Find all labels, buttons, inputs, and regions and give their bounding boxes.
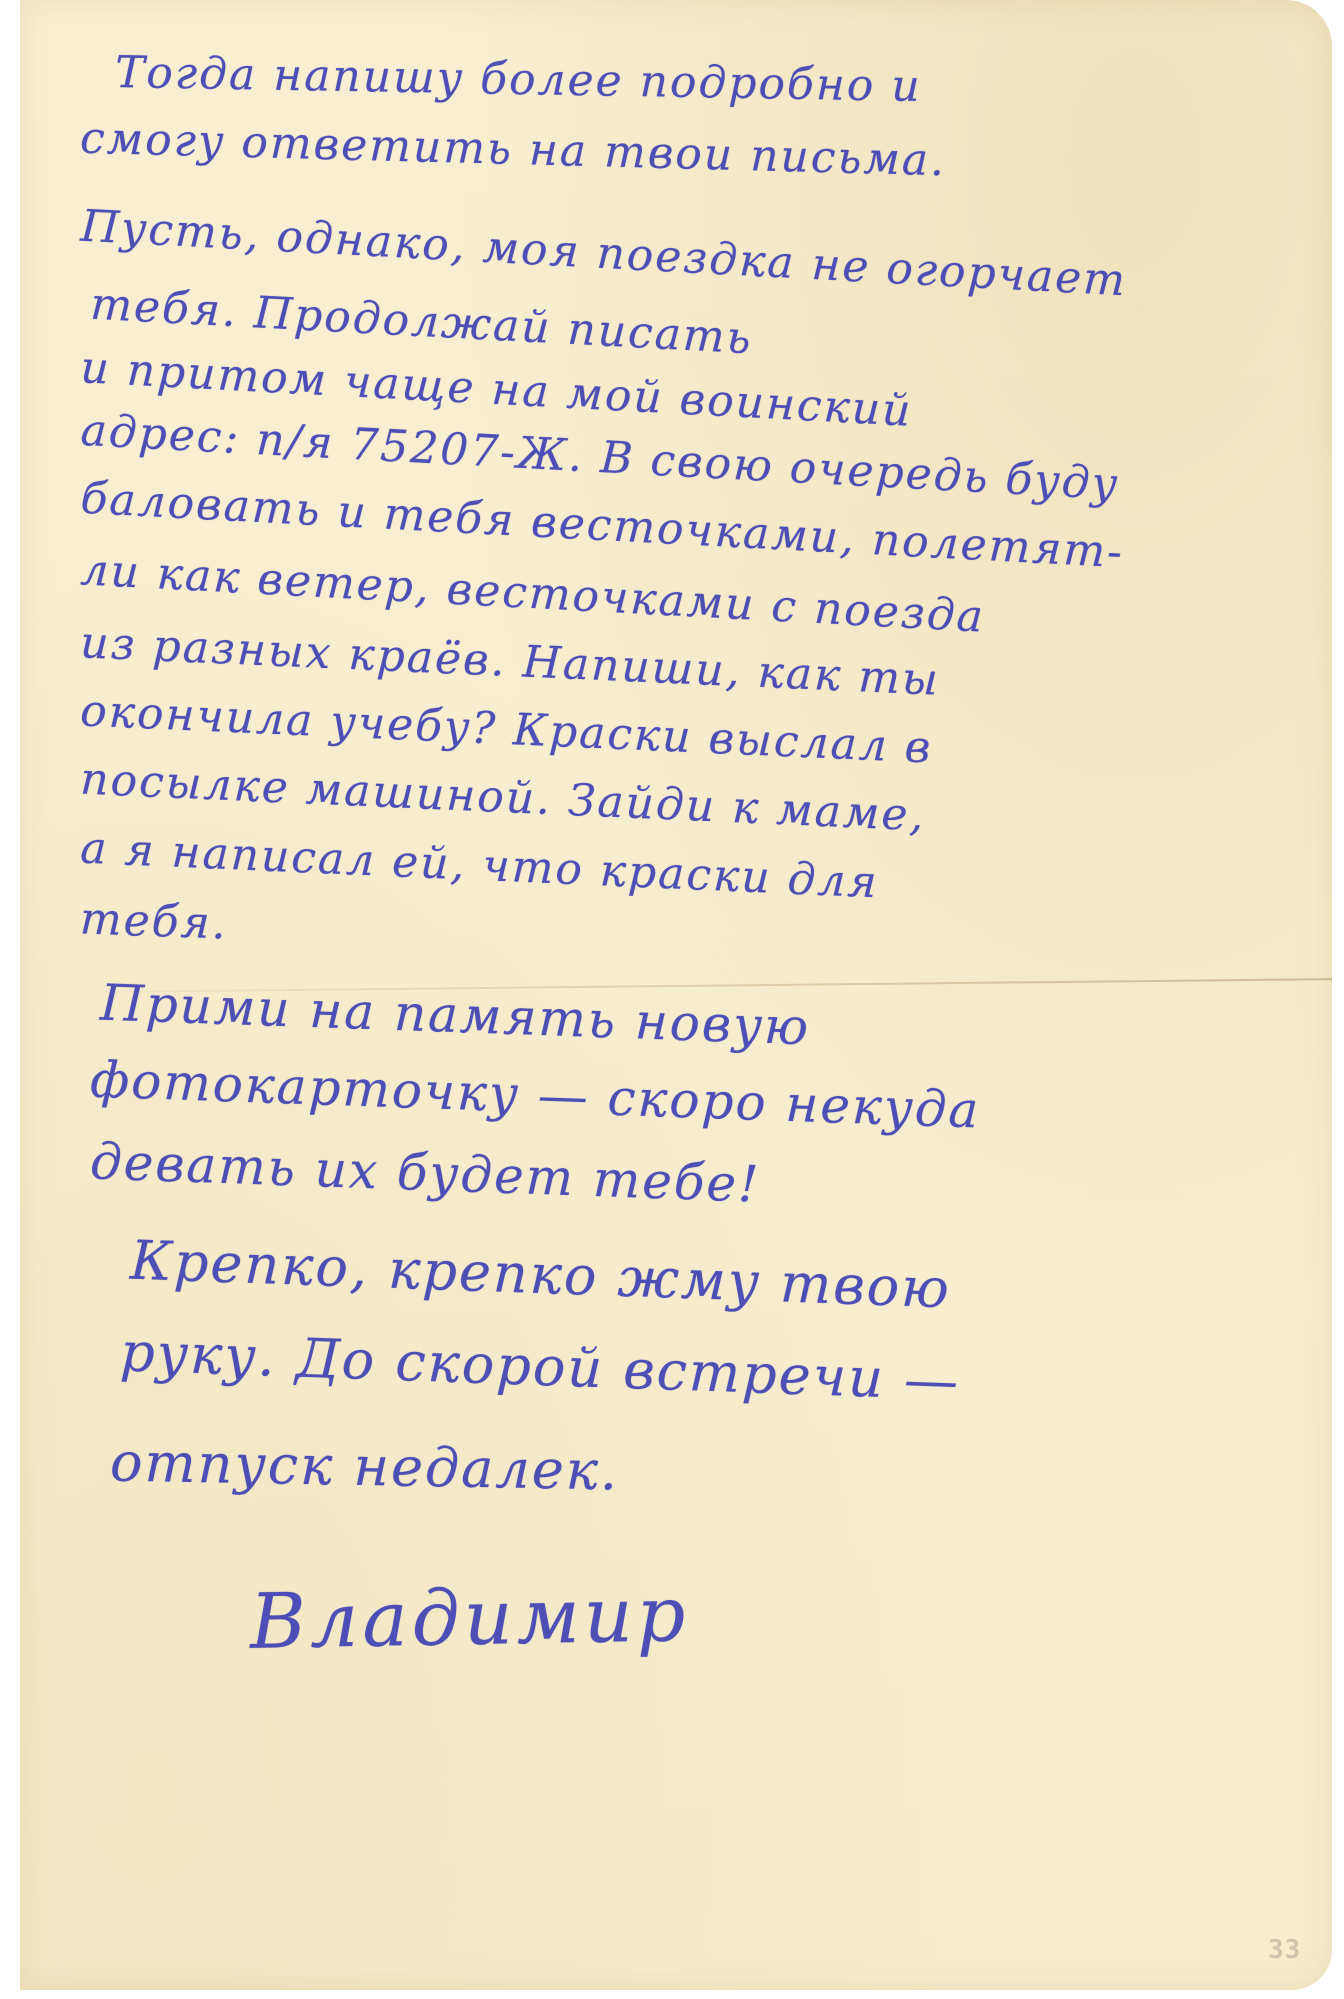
signature: Владимир bbox=[249, 1576, 690, 1660]
letter-line: руку. До скорой встречи — bbox=[119, 1325, 961, 1408]
letter-line: а я написал ей, что краски для bbox=[79, 827, 879, 906]
letter-line: Тогда напишу более подробно и bbox=[115, 51, 922, 109]
letter-page: Тогда напишу более подробно и смогу отве… bbox=[20, 0, 1332, 1990]
letter-line: тебя. bbox=[79, 897, 228, 946]
letter-line: Прими на память новую bbox=[99, 978, 811, 1053]
letter-line: смогу ответить на твои письма. bbox=[80, 117, 947, 184]
archive-page-number: 33 bbox=[1268, 1935, 1301, 1965]
letter-line: девать их будет тебе! bbox=[89, 1136, 761, 1209]
letter-line: Крепко, крепко жму твою bbox=[129, 1234, 951, 1317]
letter-line: фотокарточку — скоро некуда bbox=[89, 1054, 981, 1135]
letter-line: посылке машиной. Зайди к маме, bbox=[79, 758, 926, 839]
letter-line: отпуск недалек. bbox=[110, 1436, 620, 1499]
